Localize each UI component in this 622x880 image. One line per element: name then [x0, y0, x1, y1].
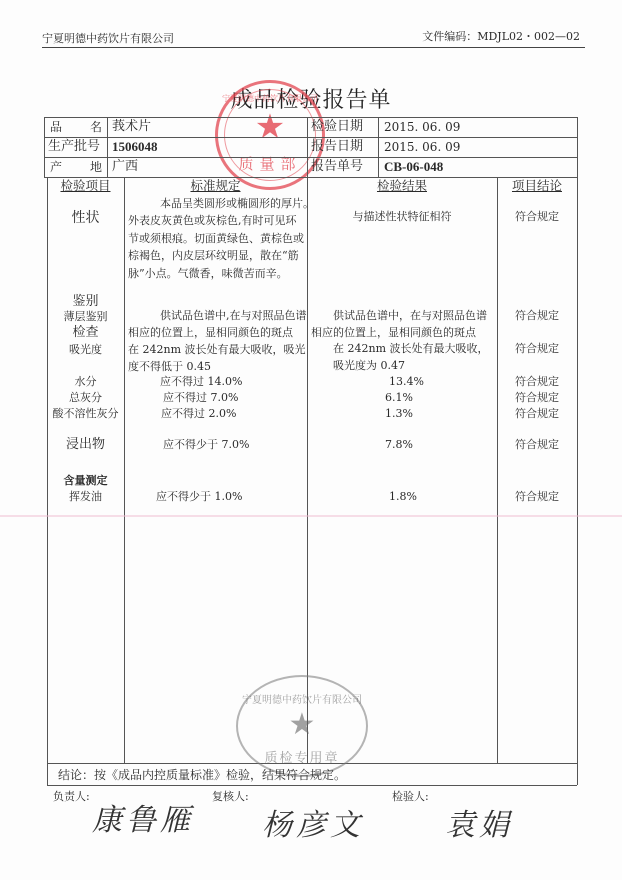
conclusion-appearance: 符合规定: [497, 208, 577, 226]
label-char: 名: [90, 117, 102, 137]
star-icon: ★: [238, 707, 366, 742]
standard-line: 在 242nm 波长处有最大吸收，吸光: [128, 341, 306, 359]
label-char: 品: [50, 117, 62, 137]
table-border: [307, 117, 308, 177]
label-char: 产: [50, 157, 62, 177]
batch-value: 1506048: [112, 137, 158, 157]
standard-acid-insoluble-ash: 应不得过 2.0%: [161, 405, 236, 423]
quality-dept-stamp: 宁夏明德中药饮片有限公司 ★ 质量部: [215, 80, 325, 190]
conclusion-acid-insoluble-ash: 符合规定: [497, 405, 577, 423]
table-border: [47, 785, 577, 786]
reviewer-label: 复核人:: [212, 787, 249, 807]
batch-label: 生产批号: [48, 137, 100, 157]
report-no-value: CB-06-048: [384, 157, 443, 177]
header-test-item: 检验项目: [47, 176, 124, 196]
result-line: 在 242nm 波长处有最大吸收，: [333, 340, 489, 358]
standard-moisture: 应不得过 14.0%: [160, 373, 242, 391]
company-name: 宁夏明德中药饮片有限公司: [42, 30, 174, 46]
product-name-value: 莪术片: [112, 117, 151, 137]
report-no-label: 报告单号: [311, 157, 363, 177]
label-char: 地: [90, 157, 102, 177]
item-extract: 浸出物: [47, 435, 124, 455]
inspector-signature: 袁娟: [445, 800, 513, 844]
header-conclusion: 项目结论: [497, 176, 577, 196]
result-total-ash: 6.1%: [385, 389, 413, 407]
inspect-date-label: 检验日期: [311, 117, 363, 137]
product-name-label: 品 名: [50, 117, 102, 137]
standard-line: 脉”小点。气微香，味微苦而辛。: [128, 265, 288, 283]
table-border: [378, 117, 379, 177]
result-extract: 7.8%: [385, 436, 413, 454]
standard-line: 外表皮灰黄色或灰棕色,有时可见环: [128, 212, 297, 230]
item-total-ash: 总灰分: [47, 389, 124, 407]
stamp-ring-text: 宁夏明德中药饮片有限公司: [218, 93, 322, 104]
report-date-value: 2015. 06. 09: [384, 137, 460, 157]
header-standard: 标准规定: [124, 176, 307, 196]
group-examination: 检查: [47, 323, 124, 343]
standard-extract: 应不得少于 7.0%: [163, 436, 249, 454]
table-border: [107, 117, 108, 177]
report-date-label: 报告日期: [311, 137, 363, 157]
standard-volatile-oil: 应不得少于 1.0%: [156, 488, 242, 506]
responsible-signature: 康鲁雁: [92, 795, 194, 839]
header-result: 检验结果: [307, 176, 497, 196]
stamp-dept-text: 质检专用章: [238, 747, 366, 766]
standard-line: 棕褐色，内皮层环纹明显，散在“筋: [128, 247, 299, 265]
reviewer-signature: 杨彦文: [262, 800, 364, 844]
conclusion-absorbance: 符合规定: [497, 340, 577, 358]
document-number: 文件编码：MDJL02・002—02: [422, 28, 580, 44]
item-absorbance: 吸光度: [47, 341, 124, 359]
item-appearance: 性状: [47, 208, 124, 228]
result-line: 吸光度为 0.47: [333, 357, 405, 375]
standard-line: 相应的位置上，显相同颜色的斑点: [128, 324, 293, 342]
stamp-ring-text: 宁夏明德中药饮片有限公司: [238, 691, 366, 706]
standard-line: 节或须根痕。切面黄绿色、黄棕色或: [128, 230, 304, 248]
conclusion-extract: 符合规定: [497, 436, 577, 454]
result-line: 供试品色谱中，在与对照品色谱: [333, 307, 487, 325]
final-conclusion: 结论：按《成品内控质量标准》检验，结果符合规定。: [58, 765, 346, 785]
conclusion-tlc: 符合规定: [497, 307, 577, 325]
table-border: [44, 117, 45, 177]
inspect-date-value: 2015. 06. 09: [384, 117, 460, 137]
table-border: [577, 117, 578, 177]
table-border: [577, 177, 578, 785]
standard-line: 本品呈类圆形或椭圆形的厚片。: [160, 195, 314, 213]
scan-artifact: [0, 515, 622, 517]
header-rule: [42, 47, 585, 48]
result-acid-insoluble-ash: 1.3%: [385, 405, 413, 423]
result-moisture: 13.4%: [389, 373, 424, 391]
conclusion-moisture: 符合规定: [497, 373, 577, 391]
standard-total-ash: 应不得过 7.0%: [163, 389, 238, 407]
item-volatile-oil: 挥发油: [47, 488, 124, 506]
result-appearance: 与描述性状特征相符: [307, 208, 497, 226]
result-volatile-oil: 1.8%: [389, 488, 417, 506]
conclusion-volatile-oil: 符合规定: [497, 488, 577, 506]
item-acid-insoluble-ash: 酸不溶性灰分: [47, 405, 124, 423]
standard-line: 供试品色谱中,在与对照品色谱: [160, 307, 307, 325]
result-line: 相应的位置上，显相同颜色的斑点: [311, 324, 476, 342]
group-assay: 含量测定: [47, 472, 124, 490]
table-border: [497, 177, 498, 763]
table-border: [124, 177, 125, 763]
item-moisture: 水分: [47, 373, 124, 391]
origin-label: 产 地: [50, 157, 102, 177]
responsible-label: 负责人:: [53, 787, 90, 807]
conclusion-total-ash: 符合规定: [497, 389, 577, 407]
qc-seal-stamp: 宁夏明德中药饮片有限公司 ★ 质检专用章: [236, 675, 368, 777]
origin-value: 广西: [112, 157, 138, 177]
inspector-label: 检验人:: [392, 787, 429, 807]
